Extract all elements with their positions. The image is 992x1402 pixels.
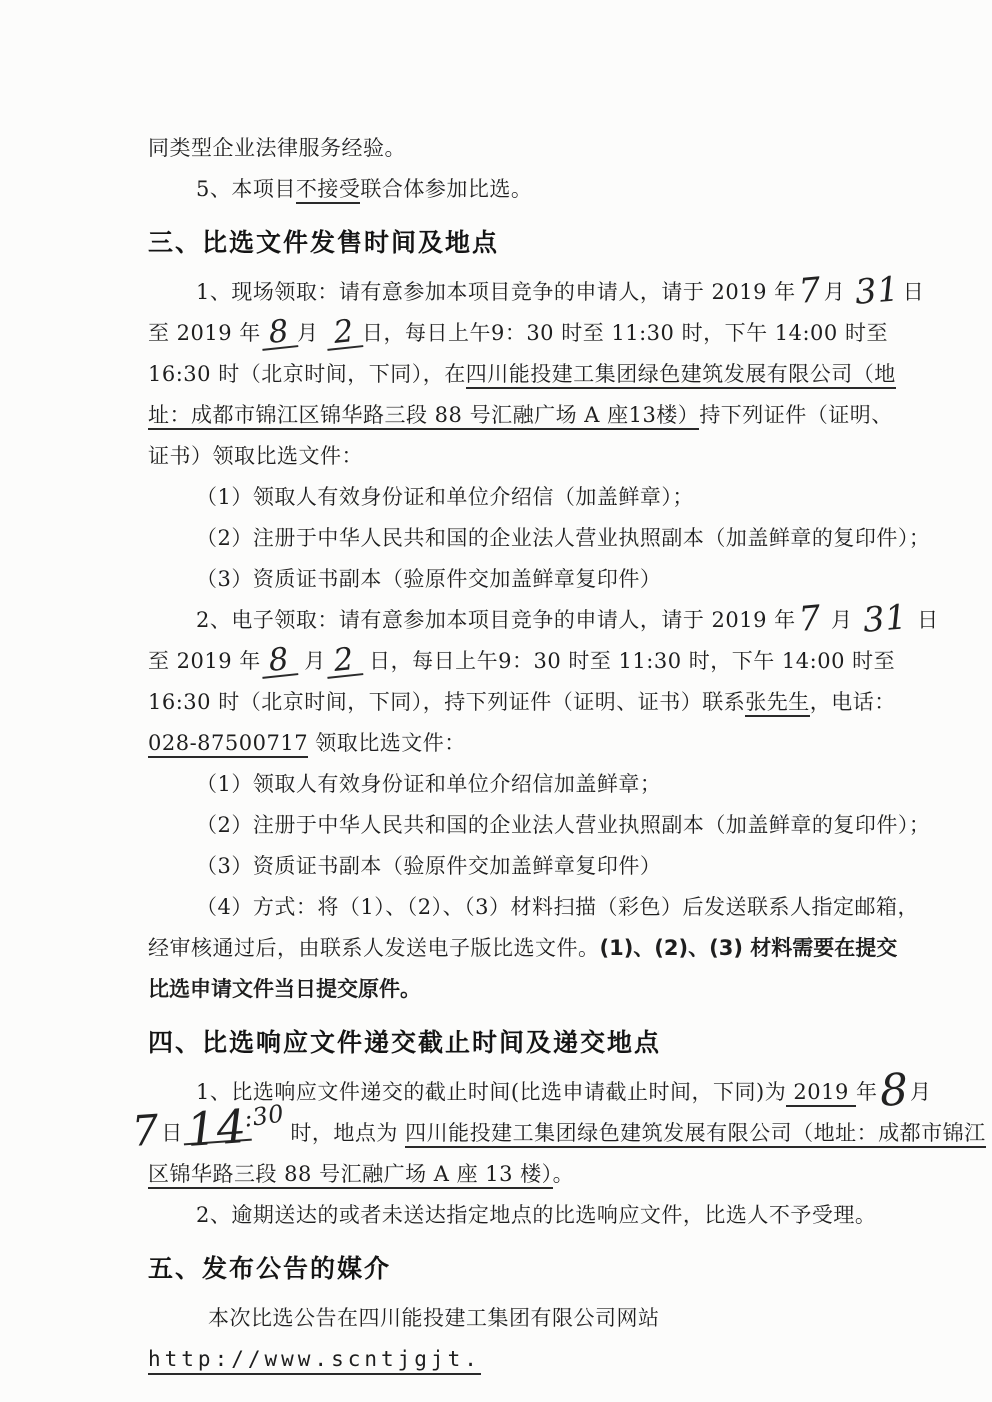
text-segment: 证书）领取比选文件： [148, 444, 363, 468]
text-segment: 四、比选响应文件递交截止时间及递交地点 [148, 1028, 661, 1057]
handwritten-text: 8 [259, 647, 298, 679]
text-segment: 1、现场领取：请有意参加本项目竞争的申请人，请于 2019 年 [196, 280, 796, 304]
text-segment: 5、本项目 [196, 177, 296, 201]
text-segment: （4）方式：将（1）、（2）、（3）材料扫描（彩色）后发送联系人指定邮箱， [196, 895, 919, 919]
text-line: 2、电子领取：请有意参加本项目竞争的申请人，请于 2019 年7 月 31 日 [148, 600, 852, 641]
text-segment: 联合体参加比选。 [360, 177, 532, 201]
text-segment: 本次比选公告在四川能投建工集团有限公司网站 [208, 1306, 660, 1330]
text-segment: 区锦华路三段 88 号汇融广场 A 座 13 楼） [148, 1162, 553, 1189]
text-segment: 。 [553, 1162, 575, 1186]
text-line: （1）领取人有效身份证和单位介绍信（加盖鲜章）； [148, 477, 852, 518]
text-line: 证书）领取比选文件： [148, 436, 852, 477]
text-line: 区锦华路三段 88 号汇融广场 A 座 13 楼）。 [148, 1154, 852, 1195]
text-segment: （1）领取人有效身份证和单位介绍信（加盖鲜章）； [196, 485, 694, 509]
text-segment: 经审核通过后，由联系人发送电子版比选文件。 [148, 936, 600, 960]
text-segment: 月 [297, 321, 326, 345]
text-segment: （2）注册于中华人民共和国的企业法人营业执照副本（加盖鲜章的复印件）； [196, 526, 930, 550]
text-line: http://www.scntjgjt. [148, 1339, 852, 1380]
text-segment: 2、电子领取：请有意参加本项目竞争的申请人，请于 2019 年 [196, 608, 796, 632]
text-line: （2）注册于中华人民共和国的企业法人营业执照副本（加盖鲜章的复印件）； [148, 518, 852, 559]
handwritten-text: 8 [877, 1079, 911, 1103]
section-heading: 三、比选文件发售时间及地点 [148, 218, 852, 268]
text-line: 7日14:30时，地点为 四川能投建工集团绿色建筑发展有限公司（地址：成都市锦江 [148, 1113, 852, 1154]
handwritten-text: 8 [259, 319, 298, 351]
handwritten-text: :30 [243, 1105, 285, 1126]
text-segment: 至 2019 年 [148, 321, 261, 345]
text-line: 16:30 时（北京时间，下同），在四川能投建工集团绿色建筑发展有限公司（地 [148, 354, 852, 395]
text-segment: 2、逾期送达的或者未送达指定地点的比选响应文件，比选人不予受理。 [196, 1203, 876, 1227]
text-line: 5、本项目不接受联合体参加比选。 [148, 169, 852, 210]
text-segment: （3）资质证书副本（验原件交加盖鲜章复印件） [196, 567, 661, 591]
text-segment: 月 [910, 1080, 932, 1104]
text-line: 址：成都市锦江区锦华路三段 88 号汇融广场 A 座13楼）持下列证件（证明、 [148, 395, 852, 436]
text-segment: 年 [856, 1080, 878, 1104]
text-segment: 月 [297, 649, 326, 673]
text-segment: （3）资质证书副本（验原件交加盖鲜章复印件） [196, 854, 661, 878]
url-text: http://www.scntjgjt. [148, 1347, 481, 1375]
text-segment: 持下列证件（证明、 [699, 403, 893, 427]
text-line: 028-87500717 领取比选文件： [148, 723, 852, 764]
text-segment: 月 [824, 280, 853, 304]
text-line: （2）注册于中华人民共和国的企业法人营业执照副本（加盖鲜章的复印件）； [148, 805, 852, 846]
handwritten-text: 7 [795, 607, 825, 631]
handwritten-text: 31 [852, 278, 904, 304]
section-heading: 五、发布公告的媒介 [148, 1244, 852, 1294]
text-line: （3）资质证书副本（验原件交加盖鲜章复印件） [148, 559, 852, 600]
text-line: 经审核通过后，由联系人发送电子版比选文件。(1)、(2)、(3) 材料需要在提交 [148, 928, 852, 969]
text-segment: 2019 [786, 1080, 856, 1107]
document-body: 同类型企业法律服务经验。5、本项目不接受联合体参加比选。三、比选文件发售时间及地… [148, 128, 852, 1380]
text-segment: （2）注册于中华人民共和国的企业法人营业执照副本（加盖鲜章的复印件）； [196, 813, 930, 837]
text-line: （1）领取人有效身份证和单位介绍信加盖鲜章； [148, 764, 852, 805]
text-segment: 028-87500717 [148, 731, 308, 758]
text-segment: 时，地点为 [290, 1121, 405, 1145]
section-heading: 四、比选响应文件递交截止时间及递交地点 [148, 1018, 852, 1068]
text-segment: 月 [824, 608, 860, 632]
text-line: 同类型企业法律服务经验。 [148, 128, 852, 169]
text-segment: 不接受 [296, 177, 361, 204]
text-segment: （1）领取人有效身份证和单位介绍信加盖鲜章； [196, 772, 661, 796]
text-segment: 张先生 [745, 690, 810, 717]
handwritten-text: 2 [324, 319, 363, 351]
text-segment: 日 [903, 280, 925, 304]
text-line: 2、逾期送达的或者未送达指定地点的比选响应文件，比选人不予受理。 [148, 1195, 852, 1236]
text-segment: 日，每日上午9：30 时至 11:30 时，下午 14:00 时至 [362, 321, 888, 345]
text-line: 16:30 时（北京时间，下同），持下列证件（证明、证书）联系张先生，电话： [148, 682, 852, 723]
text-line: 1、现场领取：请有意参加本项目竞争的申请人，请于 2019 年7月 31日 [148, 272, 852, 313]
handwritten-text: 7 [795, 279, 825, 303]
text-line: 至 2019 年8月 2日，每日上午9：30 时至 11:30 时，下午 14:… [148, 313, 852, 354]
text-segment: 1、比选响应文件递交的截止时间(比选申请截止时间，下同)为 [196, 1080, 786, 1104]
text-segment: 同类型企业法律服务经验。 [148, 136, 406, 160]
text-segment: 至 2019 年 [148, 649, 261, 673]
text-segment: 日，每日上午9：30 时至 11:30 时，下午 14:00 时至 [362, 649, 895, 673]
text-segment: 四川能投建工集团绿色建筑发展有限公司（地址：成都市锦江 [405, 1121, 986, 1148]
text-segment: 五、发布公告的媒介 [148, 1254, 391, 1283]
text-line: 本次比选公告在四川能投建工集团有限公司网站 [148, 1298, 852, 1339]
handwritten-text: 31 [859, 606, 911, 632]
text-segment: 16:30 时（北京时间，下同），持下列证件（证明、证书）联系 [148, 690, 745, 714]
text-line: （3）资质证书副本（验原件交加盖鲜章复印件） [148, 846, 852, 887]
text-segment: 日 [161, 1121, 183, 1145]
text-segment: 三、比选文件发售时间及地点 [148, 228, 499, 257]
text-line: 比选申请文件当日提交原件。 [148, 969, 852, 1010]
text-segment: 16:30 时（北京时间，下同），在 [148, 362, 466, 386]
handwritten-text: 2 [324, 647, 363, 679]
handwritten-text: 7 [131, 1119, 162, 1143]
text-line: 至 2019 年8 月2 日，每日上午9：30 时至 11:30 时，下午 14… [148, 641, 852, 682]
text-segment: 领取比选文件： [308, 731, 466, 755]
scanned-document-page: 同类型企业法律服务经验。5、本项目不接受联合体参加比选。三、比选文件发售时间及地… [0, 0, 992, 1402]
handwritten-text: 14 [182, 1115, 251, 1146]
text-segment: 比选申请文件当日提交原件。 [148, 977, 421, 1001]
text-segment: 址：成都市锦江区锦华路三段 88 号汇融广场 A 座13楼） [148, 403, 699, 430]
text-segment: (1)、(2)、(3) 材料需要在提交 [600, 936, 898, 960]
text-segment: ，电话： [810, 690, 896, 714]
text-segment: 日 [910, 608, 939, 632]
text-line: （4）方式：将（1）、（2）、（3）材料扫描（彩色）后发送联系人指定邮箱， [148, 887, 852, 928]
text-segment: 四川能投建工集团绿色建筑发展有限公司（地 [466, 362, 896, 389]
